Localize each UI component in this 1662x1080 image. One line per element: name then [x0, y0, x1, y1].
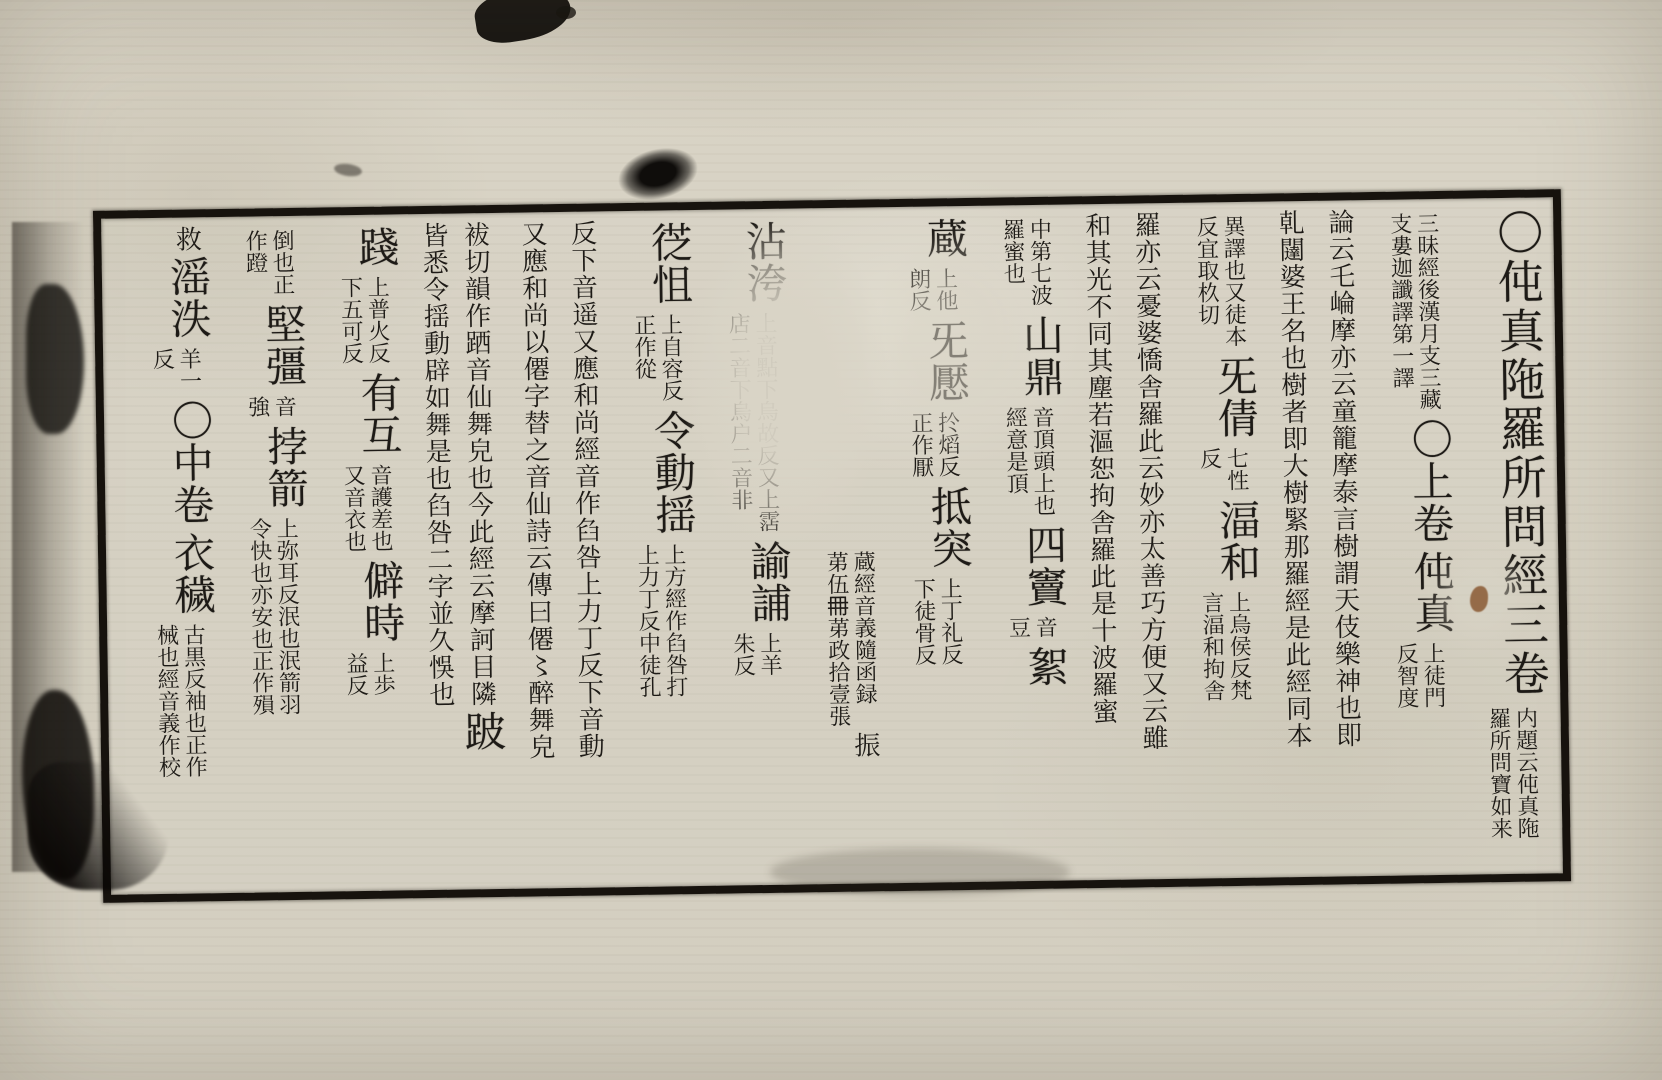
manuscript-photo: 〇伅真陁羅所問經三卷内題云伅真陁羅所問寶如来三昧經後漢月支三藏支婁迦讖譯第一譯〇… [0, 0, 1662, 1080]
photo-vignette [0, 0, 1662, 1080]
